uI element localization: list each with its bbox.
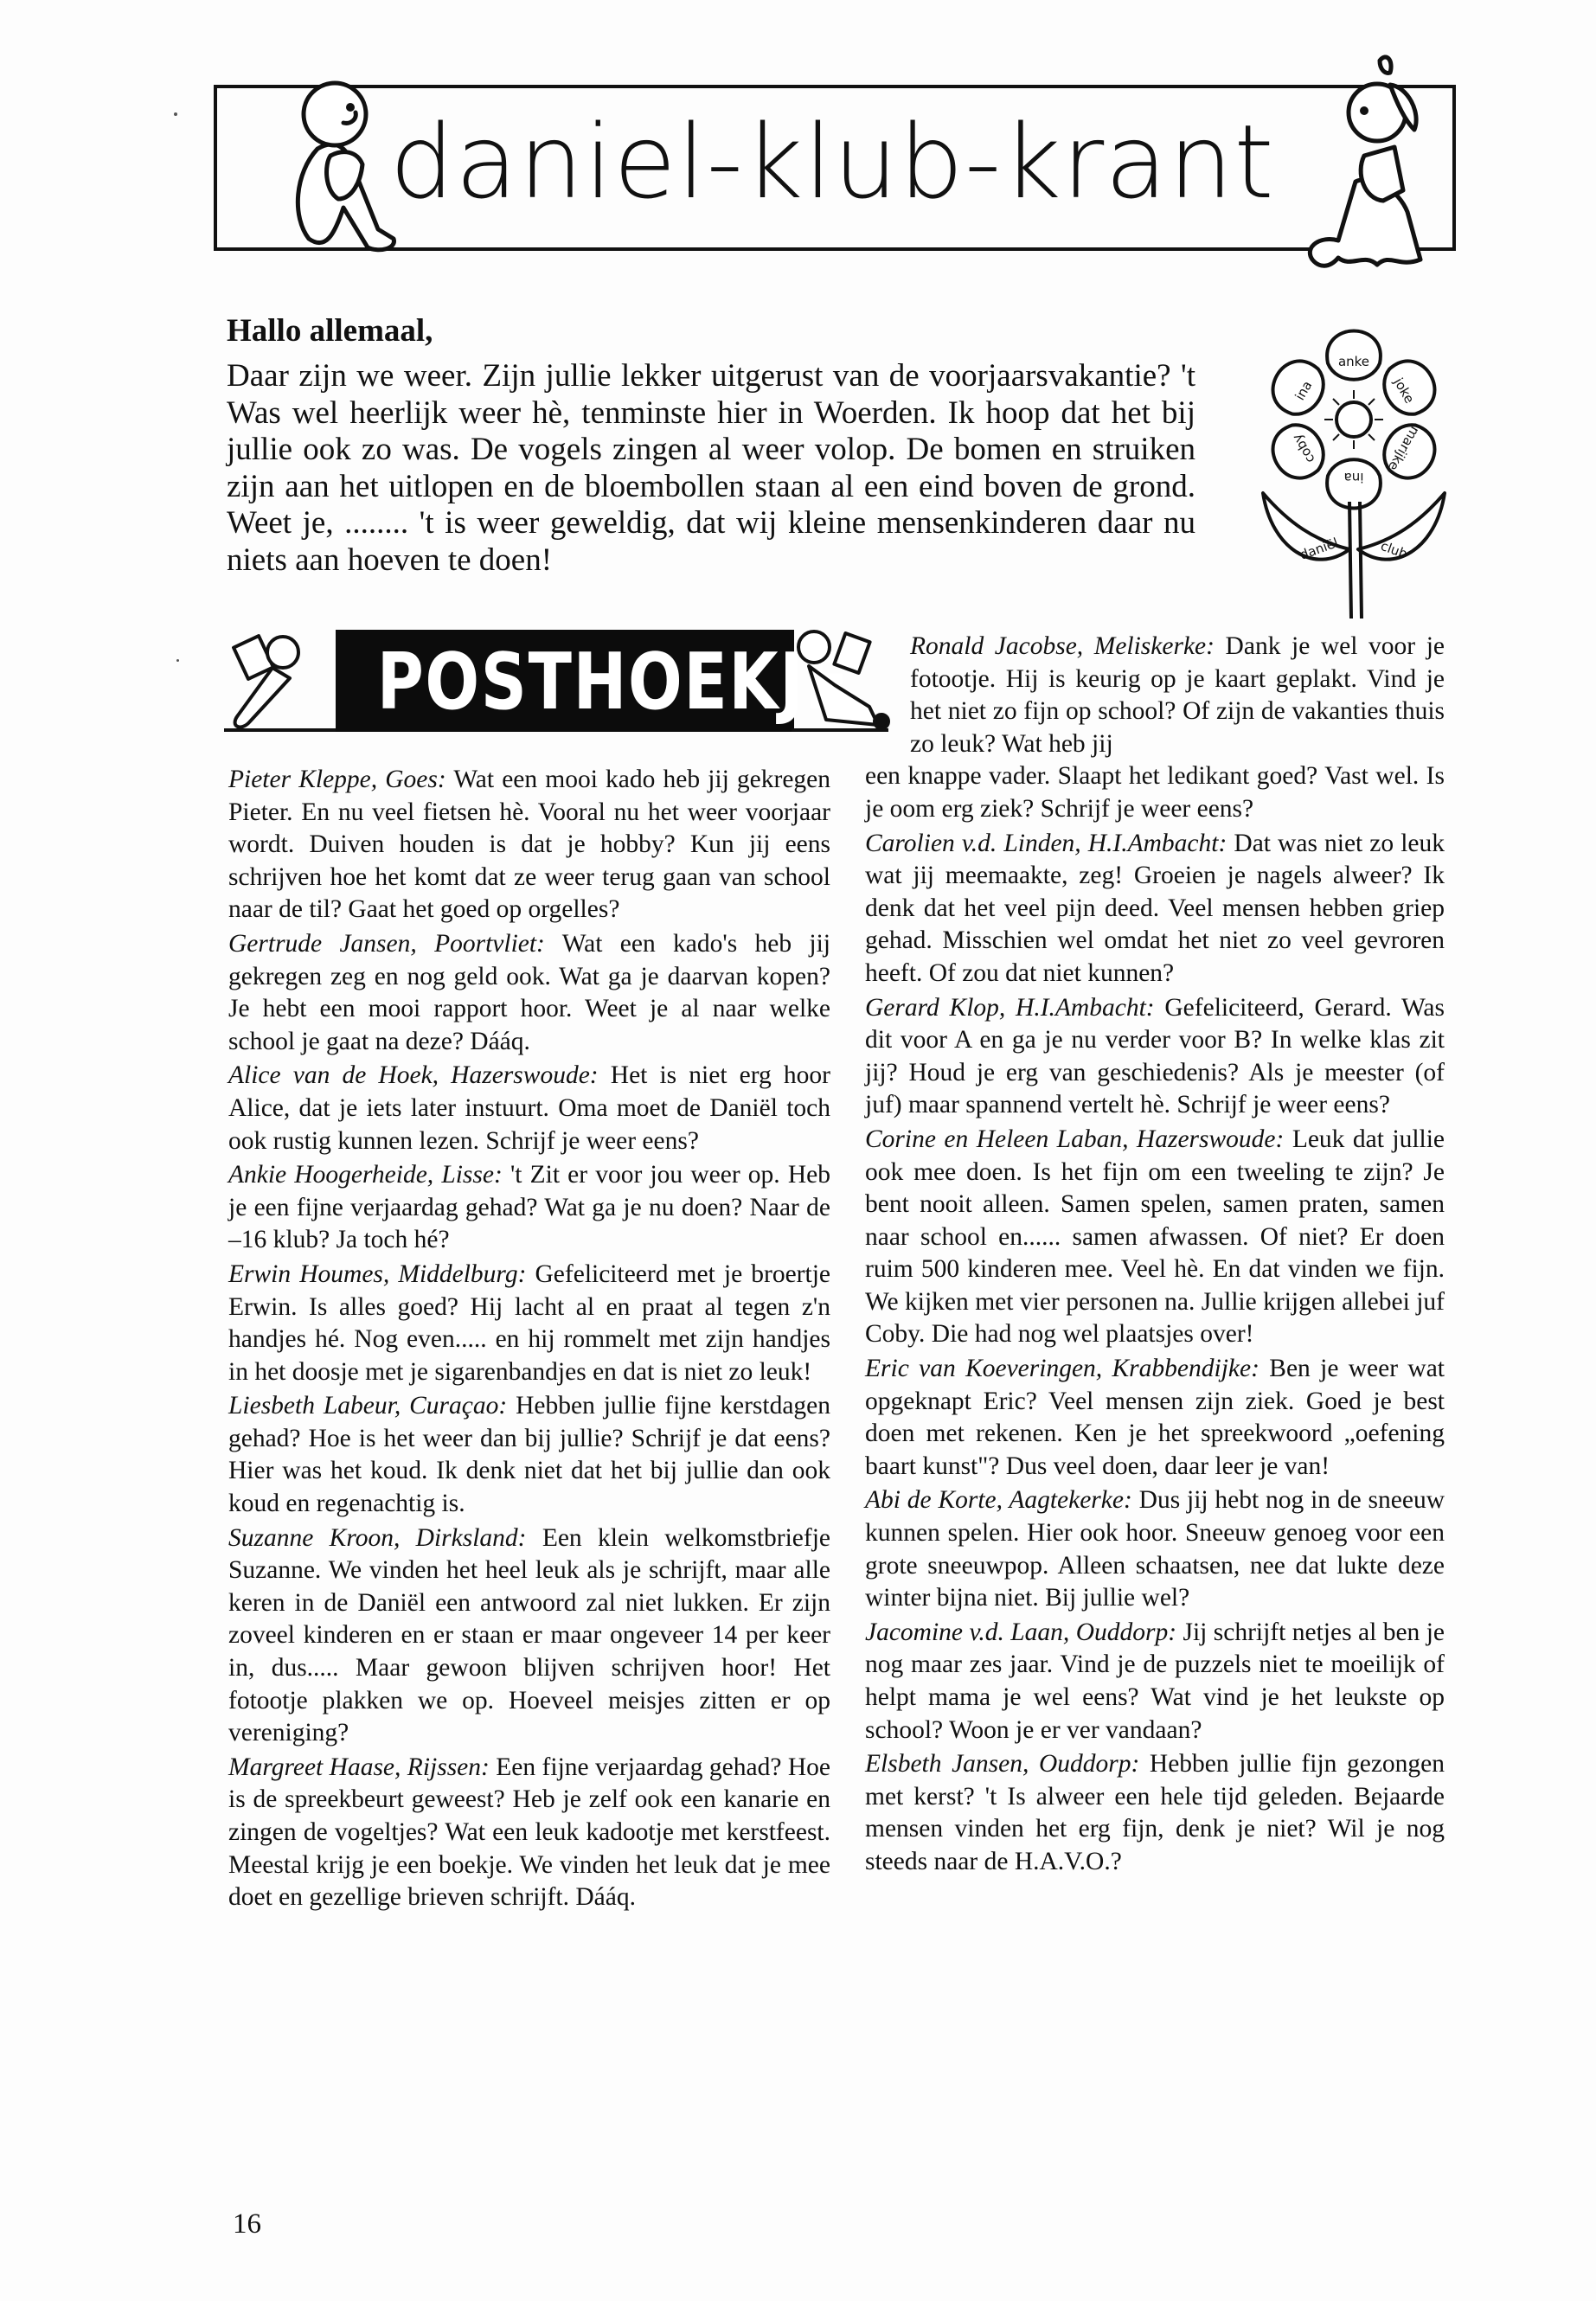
letter-sender: Carolien v.d. Linden, H.I.Ambacht: <box>865 830 1227 857</box>
letter-sender: Jacomine v.d. Laan, Ouddorp: <box>865 1618 1176 1646</box>
letter-sender: Gerard Klop, H.I.Ambacht: <box>865 994 1155 1022</box>
masthead-title: daniel-klub-krant <box>317 97 1347 227</box>
letter-entry: Gerard Klop, H.I.Ambacht: Gefeliciteerd,… <box>865 992 1445 1122</box>
letter-sender: Alice van de Hoek, Hazerswoude: <box>228 1061 599 1089</box>
scan-speck <box>174 112 177 116</box>
letter-entry: Eric van Koeveringen, Krabbendijke: Ben … <box>865 1353 1445 1483</box>
letter-sender: Margreet Haase, Rijssen: <box>228 1753 490 1781</box>
intro-section: Hallo allemaal, Daar zijn we weer. Zijn … <box>227 311 1195 579</box>
boy-sitting-icon <box>283 69 404 268</box>
letter-sender: Ronald Jacobse, Meliskerke: <box>910 632 1215 660</box>
intro-body: Daar zijn we weer. Zijn jullie lekker ui… <box>227 358 1195 579</box>
svg-text:anke: anke <box>1338 354 1369 369</box>
letter-reply: een knappe vader. Slaapt het ledikant go… <box>865 762 1445 823</box>
letter-entry: Elsbeth Jansen, Ouddorp: Hebben jullie f… <box>865 1748 1445 1878</box>
girl-sitting-icon <box>1304 52 1451 277</box>
svg-text:ina: ina <box>1344 470 1364 485</box>
newsletter-page: daniel-klub-krant Hallo allemaal, <box>0 0 1596 2301</box>
letter-sender: Pieter Kleppe, Goes: <box>228 766 446 793</box>
letter-entry: Carolien v.d. Linden, H.I.Ambacht: Dat w… <box>865 828 1445 990</box>
letter-entry: Margreet Haase, Rijssen: Een fijne verja… <box>228 1752 830 1914</box>
letter-sender: Liesbeth Labeur, Curaçao: <box>228 1392 507 1420</box>
letter-sender: Corine en Heleen Laban, Hazerswoude: <box>865 1125 1284 1153</box>
letter-entry: Liesbeth Labeur, Curaçao: Hebben jullie … <box>228 1390 830 1520</box>
masthead: daniel-klub-krant <box>214 85 1456 251</box>
letter-sender: Eric van Koeveringen, Krabbendijke: <box>865 1355 1259 1382</box>
posthoekje-banner: POSTHOEKJE <box>221 625 887 734</box>
letter-entry: Erwin Houmes, Middelburg: Gefeliciteerd … <box>228 1259 830 1388</box>
section-title: POSTHOEKJE <box>377 635 753 730</box>
page-number: 16 <box>233 2208 261 2240</box>
letter-sender: Erwin Houmes, Middelburg: <box>228 1260 526 1288</box>
letter-sender: Abi de Korte, Aagtekerke: <box>865 1486 1132 1514</box>
scan-speck <box>176 659 179 662</box>
letter-sender: Elsbeth Jansen, Ouddorp: <box>865 1750 1139 1778</box>
letter-entry-continued: een knappe vader. Slaapt het ledikant go… <box>865 760 1445 825</box>
intro-heading: Hallo allemaal, <box>227 311 1195 351</box>
letter-entry: Gertrude Jansen, Poortvliet: Wat een kad… <box>228 928 830 1058</box>
letter-entry: Suzanne Kroon, Dirksland: Een klein welk… <box>228 1522 830 1750</box>
letter-entry: Alice van de Hoek, Hazerswoude: Het is n… <box>228 1060 830 1157</box>
reading-child-left-icon <box>221 625 342 740</box>
flower-logo-icon: anke joke marijke ina coby ina daniël cl… <box>1237 290 1471 619</box>
letter-entry: Pieter Kleppe, Goes: Wat een mooi kado h… <box>228 764 830 926</box>
letter-sender: Suzanne Kroon, Dirksland: <box>228 1524 526 1552</box>
letter-sender: Gertrude Jansen, Poortvliet: <box>228 930 545 958</box>
letter-entry: Ronald Jacobse, Meliskerke: Dank je wel … <box>865 631 1445 760</box>
letter-entry: Jacomine v.d. Laan, Ouddorp: Jij schrijf… <box>865 1617 1445 1747</box>
section-title-box: POSTHOEKJE <box>336 630 794 732</box>
letter-entry: Abi de Korte, Aagtekerke: Dus jij hebt n… <box>865 1484 1445 1614</box>
letter-sender: Ankie Hoogerheide, Lisse: <box>228 1161 503 1189</box>
letter-entry: Ankie Hoogerheide, Lisse: 't Zit er voor… <box>228 1159 830 1257</box>
letters-left-column: Pieter Kleppe, Goes: Wat een mooi kado h… <box>228 764 830 1916</box>
letters-right-column: Ronald Jacobse, Meliskerke: Dank je wel … <box>865 631 1445 1881</box>
letter-reply: Leuk dat jullie ook mee doen. Is het fij… <box>865 1125 1445 1349</box>
letter-reply: Een klein welkomstbriefje Suzanne. We vi… <box>228 1524 830 1747</box>
letter-entry: Corine en Heleen Laban, Hazerswoude: Leu… <box>865 1124 1445 1351</box>
